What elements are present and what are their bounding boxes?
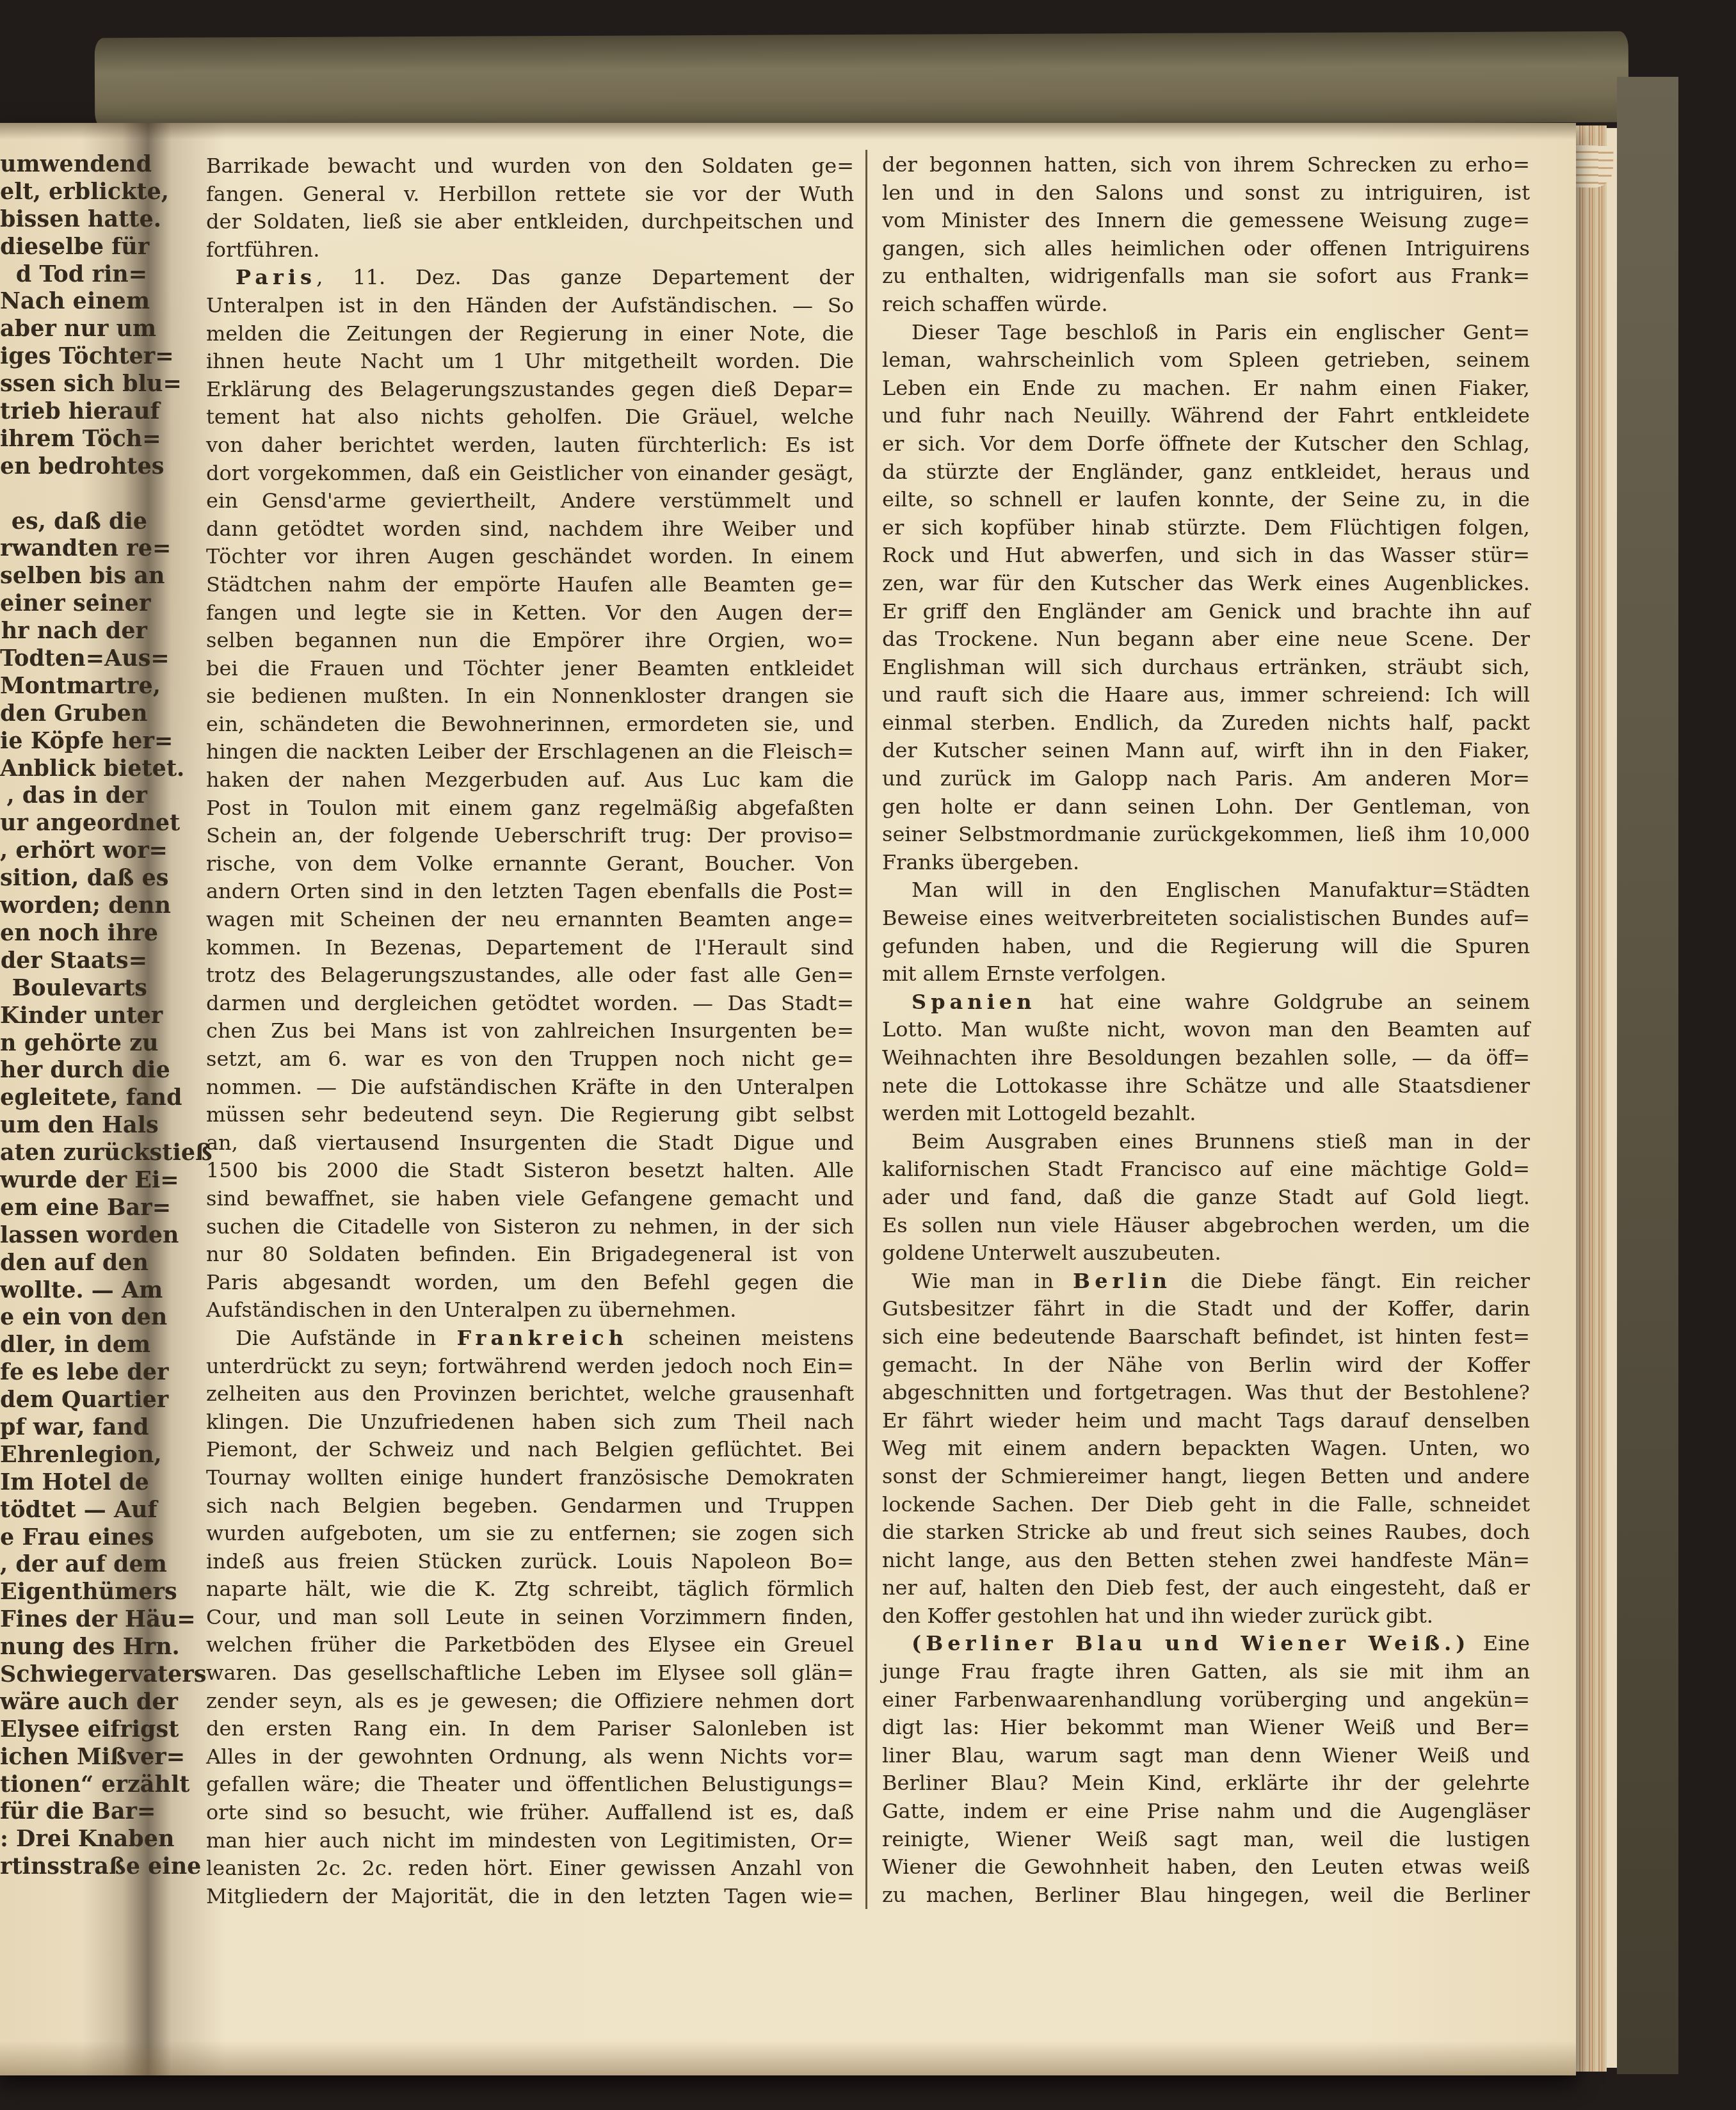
text-line: Im Hotel de (0, 1469, 147, 1497)
text-line: e Frau eines (0, 1524, 147, 1552)
text-line: seiner Selbstmordmanie zurückgekommen, l… (882, 821, 1530, 849)
text-line: Ehrenlegion, (0, 1442, 147, 1469)
text-line: Eigenthümers (0, 1579, 147, 1606)
text-line: zu machen, Berliner Blau hingegen, weil … (882, 1881, 1530, 1910)
text-line: elt, erblickte, (0, 179, 147, 206)
text-line: müssen sehr bedeutend seyn. Die Regierun… (206, 1101, 854, 1129)
text-line: aber nur um (0, 316, 147, 343)
text-line: dler, in dem (0, 1332, 147, 1359)
text-line: Gutsbesitzer fährt in die Stadt und der … (882, 1295, 1530, 1323)
text-line: trotz des Belagerungszustandes, alle ode… (206, 962, 854, 990)
text-line: Er griff den Engländer am Genick und bra… (882, 598, 1530, 626)
newspaper-column-right: der begonnen hatten, sich von ihrem Schr… (882, 151, 1530, 1909)
text-line: nommen. — Die aufständischen Kräfte in d… (206, 1074, 854, 1102)
text-line: zender seyn, als es je gewesen; die Offi… (206, 1687, 854, 1716)
text-line: da stürzte der Engländer, ganz entkleide… (882, 458, 1530, 487)
text-line: d Tod rin= (0, 261, 147, 289)
text-line: Rock und Hut abwerfen, und sich in das W… (882, 542, 1530, 570)
text-line: Leben ein Ende zu machen. Er nahm einen … (882, 374, 1530, 403)
text-line: Paris abgesandt worden, um den Befehl ge… (206, 1269, 854, 1297)
text-line: fangen und legte sie in Ketten. Vor den … (206, 599, 854, 627)
text-line: lassen worden (0, 1222, 147, 1250)
text-line: 1500 bis 2000 die Stadt Sisteron besetzt… (206, 1157, 854, 1185)
text-line: Barrikade bewacht und wurden von den Sol… (206, 152, 854, 181)
text-line: ichen Mißver= (0, 1744, 147, 1771)
text-line: rtinsstraße eine (0, 1853, 147, 1881)
text-line: Lotto. Man wußte nicht, wovon man den Be… (882, 1016, 1530, 1044)
text-line: Weihnachten ihre Besoldungen bezahlen so… (882, 1044, 1530, 1072)
text-line: waren. Das gesellschaftliche Leben im El… (206, 1659, 854, 1687)
text-line: einmal sterben. Endlich, da Zureden nich… (882, 709, 1530, 737)
text-line: den auf den (0, 1250, 147, 1277)
text-line: Beim Ausgraben eines Brunnens stieß man … (882, 1128, 1530, 1156)
text-line: mit allem Ernste verfolgen. (882, 960, 1530, 988)
text-line: Boulevarts (0, 975, 147, 1003)
text-line: werden mit Lottogeld bezahlt. (882, 1100, 1530, 1128)
newspaper-column-left: Barrikade bewacht und wurden von den Sol… (206, 152, 854, 1910)
text-line: gangen, sich alles heimlichen oder offen… (882, 235, 1530, 263)
text-line: andern Orten sind in den letzten Tagen e… (206, 878, 854, 906)
text-line: Post in Toulon mit einem ganz regelmäßig… (206, 794, 854, 823)
text-line: es, daß die (0, 508, 147, 536)
text-line: suchen die Citadelle von Sisteron zu neh… (206, 1213, 854, 1241)
text-line: der Kutscher seinen Mann auf, wirft ihn … (882, 737, 1530, 765)
text-line: man hier auch nicht im mindesten von Leg… (206, 1827, 854, 1855)
text-line: um den Hals (0, 1112, 147, 1140)
text-line: Paris, 11. Dez. Das ganze Departement de… (206, 264, 854, 292)
text-line: aten zurückstieß (0, 1140, 147, 1167)
text-line: Städtchen nahm der empörte Haufen alle B… (206, 571, 854, 599)
text-line: rische, von dem Volke ernannte Gerant, B… (206, 850, 854, 878)
text-line: welchen früher die Parketböden des Elyse… (206, 1631, 854, 1659)
text-line: leanisten 2c. 2c. reden hört. Einer gewi… (206, 1855, 854, 1883)
text-line: und zurück im Galopp nach Paris. Am ande… (882, 765, 1530, 793)
text-line: ein Gensd'arme geviertheilt, Andere vers… (206, 487, 854, 515)
text-line: Töchter vor ihren Augen geschändet worde… (206, 543, 854, 571)
text-line: Englishman will sich durchaus ertränken,… (882, 654, 1530, 682)
text-line: Gatte, indem er eine Prise nahm und die … (882, 1798, 1530, 1826)
text-line: , der auf dem (0, 1551, 147, 1579)
text-line: Beweise eines weitverbreiteten socialist… (882, 905, 1530, 933)
page-bottom-shadow (0, 2041, 1576, 2075)
text-line: Mitgliedern der Majorität, die in den le… (206, 1883, 854, 1911)
text-line: sich nach Belgien begeben. Gendarmen und… (206, 1492, 854, 1520)
text-line: den Gruben (0, 700, 147, 728)
text-line: liner Blau, warum sagt man denn Wiener W… (882, 1742, 1530, 1770)
text-line: wagen mit Scheinen der neu ernannten Bea… (206, 906, 854, 934)
text-line: fe es lebe der (0, 1359, 147, 1387)
text-line: dem Quartier (0, 1387, 147, 1414)
text-line: Die Aufstände in Frankreich scheinen mei… (206, 1325, 854, 1353)
text-line: umwendend (0, 151, 147, 179)
text-line: reich schaffen würde. (882, 291, 1530, 319)
text-line: egleitete, fand (0, 1084, 147, 1112)
text-line: worden; denn (0, 892, 147, 920)
text-line: der Staats= (0, 947, 147, 975)
text-line: fortführen. (206, 236, 854, 264)
text-line: nete die Lottokasse ihre Schätze und all… (882, 1072, 1530, 1100)
text-line: Wiener die Gewohnheit haben, den Leuten … (882, 1853, 1530, 1881)
text-line: Weg mit einem andern bepackten Wagen. Un… (882, 1435, 1530, 1463)
text-line: (Berliner Blau und Wiener Weiß.) Eine (882, 1630, 1530, 1658)
text-line: kalifornischen Stadt Francisco auf eine … (882, 1156, 1530, 1184)
text-line: Fines der Häu= (0, 1606, 147, 1634)
text-line: an, daß viertausend Insurgenten die Stad… (206, 1129, 854, 1157)
text-line: ihnen heute Nacht um 1 Uhr mitgetheilt w… (206, 348, 854, 376)
text-line: leman, wahrscheinlich vom Spleen getrieb… (882, 346, 1530, 374)
text-line: einer Farbenwaarenhandlung vorüberging u… (882, 1686, 1530, 1714)
text-line: n gehörte zu (0, 1030, 147, 1058)
text-line: lockende Sachen. Der Dieb geht in die Fa… (882, 1491, 1530, 1519)
text-line: Erklärung des Belagerungszustandes gegen… (206, 376, 854, 404)
text-line: pf war, fand (0, 1414, 147, 1442)
text-line: eilte, so schnell er laufen konnte, der … (882, 486, 1530, 514)
text-line: iges Töchter= (0, 343, 147, 371)
text-line: : Drei Knaben (0, 1826, 147, 1853)
text-line: reinigte, Wiener Weiß sagt man, weil die… (882, 1826, 1530, 1854)
text-line: tionen“ erzählt (0, 1771, 147, 1799)
book-spread-scan: umwendendelt, erblickte,bissen hatte.die… (0, 0, 1736, 2110)
text-line: bei die Frauen und Töchter jener Beamten… (206, 655, 854, 683)
text-line: hingen die nackten Leiber der Erschlagen… (206, 738, 854, 766)
text-line: Spanien hat eine wahre Goldgrube an sein… (882, 988, 1530, 1017)
text-line: Franks übergeben. (882, 849, 1530, 877)
text-line: Todten=Aus= (0, 645, 147, 673)
text-line: e ein von den (0, 1304, 147, 1332)
text-line: der Soldaten, ließ sie aber entkleiden, … (206, 208, 854, 236)
text-line: für die Bar= (0, 1798, 147, 1826)
text-line: gefunden haben, und die Regierung will d… (882, 933, 1530, 961)
text-line: en noch ihre (0, 920, 147, 947)
text-line: Berliner Blau? Mein Kind, erklärte ihr d… (882, 1769, 1530, 1798)
text-line: ur angeordnet (0, 810, 147, 837)
page-top-shadow (0, 123, 1576, 140)
text-line: dieselbe für (0, 234, 147, 261)
text-line: kommen. In Bezenas, Departement de l'Her… (206, 934, 854, 962)
text-line: ssen sich blu= (0, 371, 147, 398)
text-line: und fuhr nach Neuilly. Während der Fahrt… (882, 402, 1530, 430)
text-line: Nach einem (0, 288, 147, 316)
text-line: selben begannen nun die Empörer ihre Org… (206, 627, 854, 655)
text-line: klingen. Die Unzufriedenen haben sich zu… (206, 1408, 854, 1437)
text-line: zelheiten aus den Provinzen berichtet, w… (206, 1380, 854, 1408)
text-line: rwandten re= (0, 535, 147, 563)
text-line: hr nach der (0, 618, 147, 645)
text-line: Dieser Tage beschloß in Paris ein englis… (882, 319, 1530, 347)
text-line: fangen. General v. Herbillon rettete sie… (206, 181, 854, 209)
text-line: junge Frau fragte ihren Gatten, als sie … (882, 1658, 1530, 1686)
text-line: ner auf, halten den Dieb fest, der auch … (882, 1574, 1530, 1602)
text-line: Cour, und man soll Leute in seinen Vorzi… (206, 1604, 854, 1632)
text-line: und rauft sich die Haare aus, immer schr… (882, 681, 1530, 709)
text-line: die starken Stricke ab und freut sich se… (882, 1518, 1530, 1547)
text-line: len und in den Salons und sonst zu intri… (882, 179, 1530, 207)
text-line: digt las: Hier bekommt man Wiener Weiß u… (882, 1714, 1530, 1742)
text-line: wäre auch der (0, 1689, 147, 1716)
text-line: nur 80 Soldaten befinden. Ein Brigadegen… (206, 1241, 854, 1269)
page-edge-sliver (1607, 128, 1617, 2068)
text-line: Wie man in Berlin die Diebe fängt. Ein r… (882, 1268, 1530, 1296)
text-line: trieb hierauf (0, 398, 147, 426)
text-line: goldene Unterwelt auszubeuten. (882, 1239, 1530, 1268)
text-line (0, 481, 147, 508)
text-line: unterdrückt zu seyn; fortwährend werden … (206, 1353, 854, 1381)
text-line: Es sollen nun viele Häuser abgebrochen w… (882, 1212, 1530, 1240)
text-line: einer seiner (0, 590, 147, 618)
text-line: dann getödtet worden sind, nachdem ihre … (206, 515, 854, 544)
text-line: ader und fand, daß die ganze Stadt auf G… (882, 1184, 1530, 1212)
text-line: abgeschnitten und fortgetragen. Was thut… (882, 1379, 1530, 1407)
text-line: chen Zus bei Mans ist von zahlreichen In… (206, 1017, 854, 1045)
text-line: ihrem Töch= (0, 426, 147, 453)
text-line: melden die Zeitungen der Regierung in ei… (206, 320, 854, 348)
text-line: darmen und dergleichen getödtet worden. … (206, 990, 854, 1018)
page-edge-stack (1576, 125, 1607, 2072)
text-line: Elysee eifrigst (0, 1716, 147, 1744)
text-line: , das in der (0, 782, 147, 810)
text-line: gen holte er dann seinen Lohn. Der Gentl… (882, 793, 1530, 821)
text-line: wurden aufgeboten, um sie zu entfernen; … (206, 1520, 854, 1548)
text-line: tement hat also nichts geholfen. Die Grä… (206, 403, 854, 431)
text-line: Aufständischen in den Unteralpen zu über… (206, 1296, 854, 1325)
text-line: sition, daß es (0, 865, 147, 892)
text-line: naparte hält, wie die K. Ztg schreibt, t… (206, 1575, 854, 1604)
text-line: Er fährt wieder heim und macht Tags dara… (882, 1407, 1530, 1435)
text-line: Schein an, der folgende Ueberschrift tru… (206, 822, 854, 850)
text-line: Piemont, der Schweiz und nach Belgien ge… (206, 1436, 854, 1464)
column-divider-rule (865, 150, 867, 1909)
text-line: em eine Bar= (0, 1195, 147, 1222)
text-line: tödtet — Auf (0, 1497, 147, 1524)
text-line: von daher berichtet werden, lauten fürch… (206, 431, 854, 460)
text-line: Montmartre, (0, 673, 147, 700)
text-line: Unteralpen ist in den Händen der Aufstän… (206, 292, 854, 320)
text-line: sonst der Schmiereimer hangt, liegen Bet… (882, 1463, 1530, 1491)
text-line: sich eine bedeutende Baarschaft befindet… (882, 1323, 1530, 1351)
text-line: , erhört wor= (0, 837, 147, 865)
text-line: Alles in der gewohnten Ordnung, als wenn… (206, 1743, 854, 1771)
text-line: nung des Hrn. (0, 1634, 147, 1661)
text-line: nicht lange, aus den Betten stehen zwei … (882, 1547, 1530, 1575)
text-line: Schwiegervaters (0, 1661, 147, 1689)
text-line: sie bedienen mußten. In ein Nonnenkloste… (206, 682, 854, 711)
text-line: gemacht. In der Nähe von Berlin wird der… (882, 1351, 1530, 1380)
text-line: selben bis an (0, 563, 147, 590)
text-line: dort vorgekommen, daß ein Geistlicher vo… (206, 460, 854, 488)
text-line: wollte. — Am (0, 1277, 147, 1305)
text-line: Anblick bietet. (0, 755, 147, 783)
text-line: her durch die (0, 1057, 147, 1084)
text-line: er sich kopfüber hinab stürzte. Dem Flüc… (882, 514, 1530, 542)
text-line: indeß aus freien Stücken zurück. Louis N… (206, 1548, 854, 1576)
text-line: gefallen wäre; die Theater und öffentlic… (206, 1771, 854, 1799)
text-line: haken der nahen Mezgerbuden auf. Aus Luc… (206, 766, 854, 794)
text-line: ie Köpfe her= (0, 728, 147, 755)
text-line: sind bewaffnet, sie haben viele Gefangen… (206, 1185, 854, 1213)
text-line: orte sind so besucht, wie früher. Auffal… (206, 1799, 854, 1827)
text-line: vom Minister des Innern die gemessene We… (882, 207, 1530, 235)
book-cover-edge (1617, 77, 1678, 2074)
text-line: ein, schändeten die Bewohnerinnen, ermor… (206, 711, 854, 739)
text-line: den ersten Rang ein. In dem Pariser Salo… (206, 1715, 854, 1743)
text-line: das Trockene. Nun begann aber eine neue … (882, 625, 1530, 654)
text-line: zu enthalten, widrigenfalls man sie sofo… (882, 262, 1530, 291)
text-line: zen, war für den Kutscher das Werk eines… (882, 570, 1530, 598)
text-line: den Koffer gestohlen hat und ihn wieder … (882, 1602, 1530, 1631)
text-line: Man will in den Englischen Manufaktur=St… (882, 876, 1530, 905)
text-line: er sich. Vor dem Dorfe öffnete der Kutsc… (882, 430, 1530, 458)
text-line: Tournay wollten einige hundert französis… (206, 1464, 854, 1492)
text-line: setzt, am 6. war es von den Truppen noch… (206, 1045, 854, 1074)
text-line: der begonnen hatten, sich von ihrem Schr… (882, 151, 1530, 179)
text-line: en bedrohtes (0, 453, 147, 481)
left-page-text-fragment: umwendendelt, erblickte,bissen hatte.die… (0, 151, 147, 1881)
text-line: bissen hatte. (0, 206, 147, 234)
text-line: Kinder unter (0, 1003, 147, 1030)
book-top-edge (95, 31, 1629, 129)
newspaper-page: umwendendelt, erblickte,bissen hatte.die… (0, 123, 1576, 2075)
text-line: wurde der Ei= (0, 1167, 147, 1195)
